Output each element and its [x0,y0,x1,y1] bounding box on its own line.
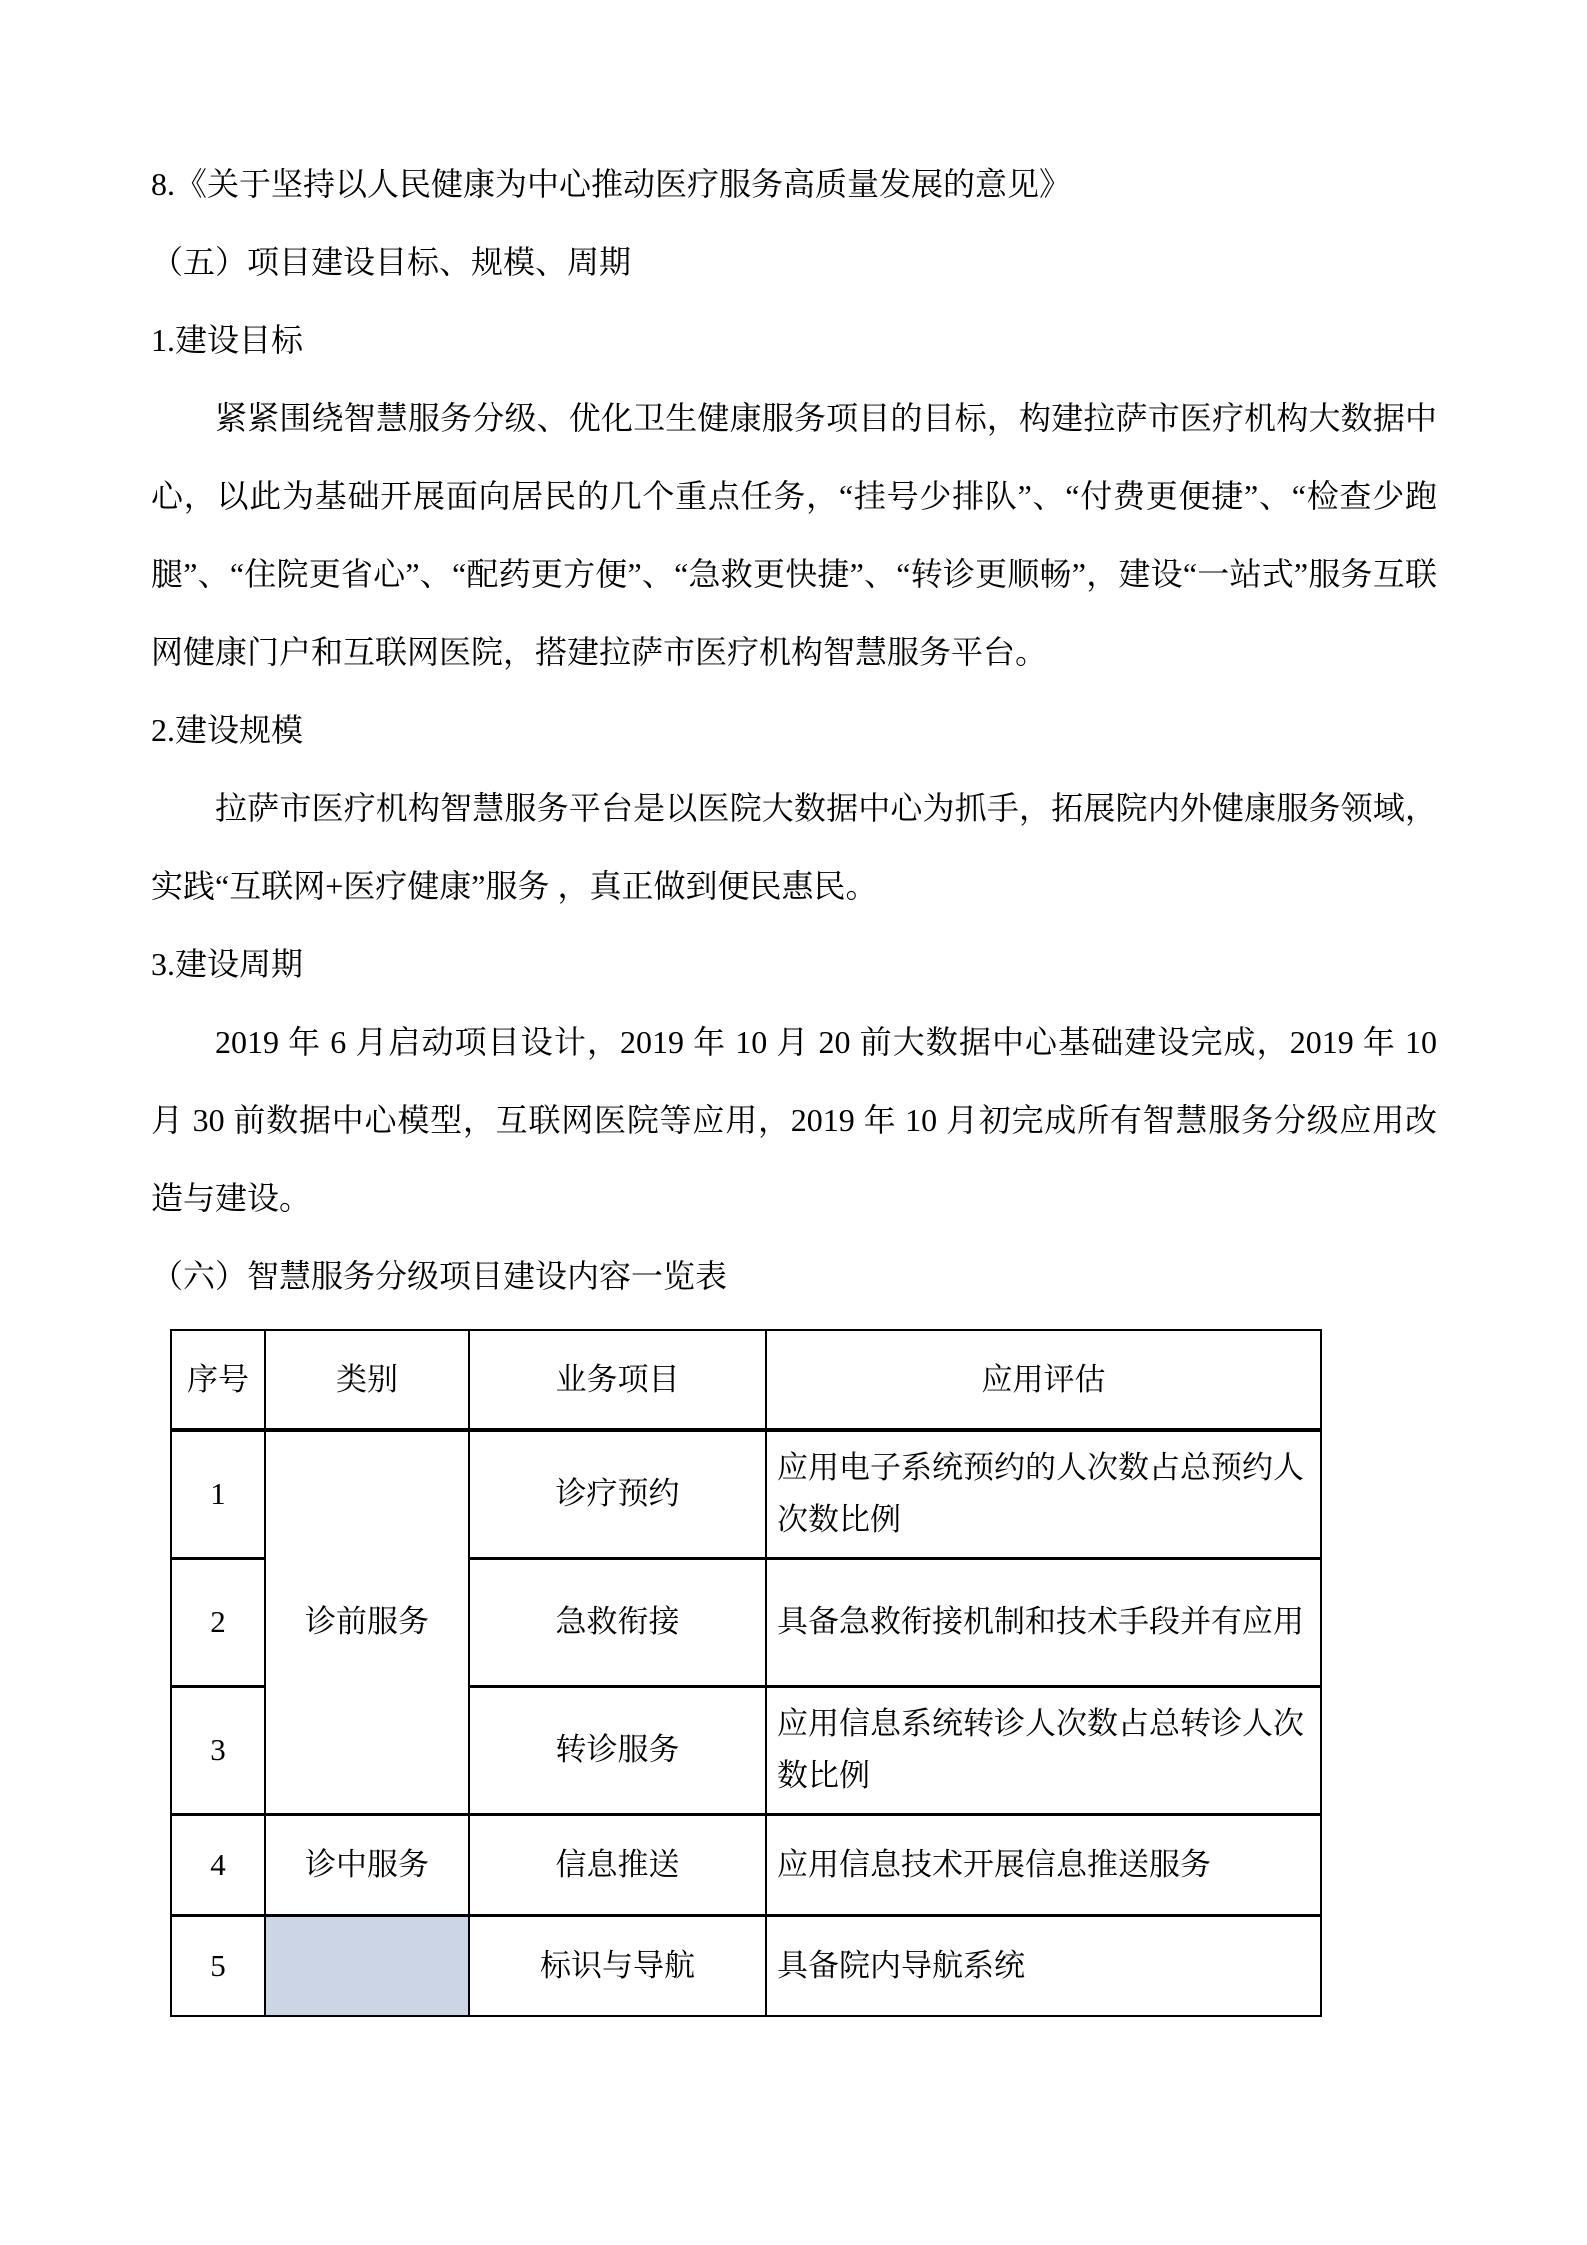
cell-evaluation-2: 具备急救衔接机制和技术手段并有应用 [766,1558,1321,1686]
col-header-evaluation: 应用评估 [766,1330,1321,1430]
goal-heading: 1.建设目标 [151,301,1437,379]
document-content: 8.《关于坚持以人民健康为中心推动医疗服务高质量发展的意见》 （五）项目建设目标… [0,0,1587,2017]
cell-evaluation-4: 应用信息技术开展信息推送服务 [766,1814,1321,1915]
cell-category-pre-service: 诊前服务 [265,1430,469,1814]
table-header-row: 序号 类别 业务项目 应用评估 [171,1330,1321,1430]
col-header-no: 序号 [171,1330,265,1430]
cell-item-3: 转诊服务 [469,1686,766,1814]
cell-evaluation-5: 具备院内导航系统 [766,1915,1321,2016]
cell-item-2: 急救衔接 [469,1558,766,1686]
cell-no-1: 1 [171,1430,265,1558]
cell-no-3: 3 [171,1686,265,1814]
content-table: 序号 类别 业务项目 应用评估 1 诊前服务 诊疗预约 应用电子系统预约的人次数… [170,1329,1322,2017]
cell-no-2: 2 [171,1558,265,1686]
col-header-category: 类别 [265,1330,469,1430]
cell-item-4: 信息推送 [469,1814,766,1915]
section-6-heading: （六）智慧服务分级项目建设内容一览表 [151,1237,1437,1315]
col-header-item: 业务项目 [469,1330,766,1430]
cell-evaluation-1: 应用电子系统预约的人次数占总预约人次数比例 [766,1430,1321,1558]
document-page: 8.《关于坚持以人民健康为中心推动医疗服务高质量发展的意见》 （五）项目建设目标… [0,0,1587,2245]
cell-category-highlighted [265,1915,469,2016]
cell-no-4: 4 [171,1814,265,1915]
scale-heading: 2.建设规模 [151,691,1437,769]
cell-item-1: 诊疗预约 [469,1430,766,1558]
cell-evaluation-3: 应用信息系统转诊人次数占总转诊人次数比例 [766,1686,1321,1814]
table-row-4: 4 诊中服务 信息推送 应用信息技术开展信息推送服务 [171,1814,1321,1915]
period-paragraph: 2019 年 6 月启动项目设计，2019 年 10 月 20 前大数据中心基础… [151,1003,1437,1237]
table-row-5: 5 标识与导航 具备院内导航系统 [171,1915,1321,2016]
reference-item-8: 8.《关于坚持以人民健康为中心推动医疗服务高质量发展的意见》 [151,145,1437,223]
goal-paragraph: 紧紧围绕智慧服务分级、优化卫生健康服务项目的目标，构建拉萨市医疗机构大数据中心，… [151,379,1437,691]
table-row-1: 1 诊前服务 诊疗预约 应用电子系统预约的人次数占总预约人次数比例 [171,1430,1321,1558]
cell-no-5: 5 [171,1915,265,2016]
cell-category-mid-service: 诊中服务 [265,1814,469,1915]
period-heading: 3.建设周期 [151,925,1437,1003]
cell-item-5: 标识与导航 [469,1915,766,2016]
scale-paragraph: 拉萨市医疗机构智慧服务平台是以医院大数据中心为抓手，拓展院内外健康服务领域，实践… [151,769,1437,925]
section-5-heading: （五）项目建设目标、规模、周期 [151,223,1437,301]
